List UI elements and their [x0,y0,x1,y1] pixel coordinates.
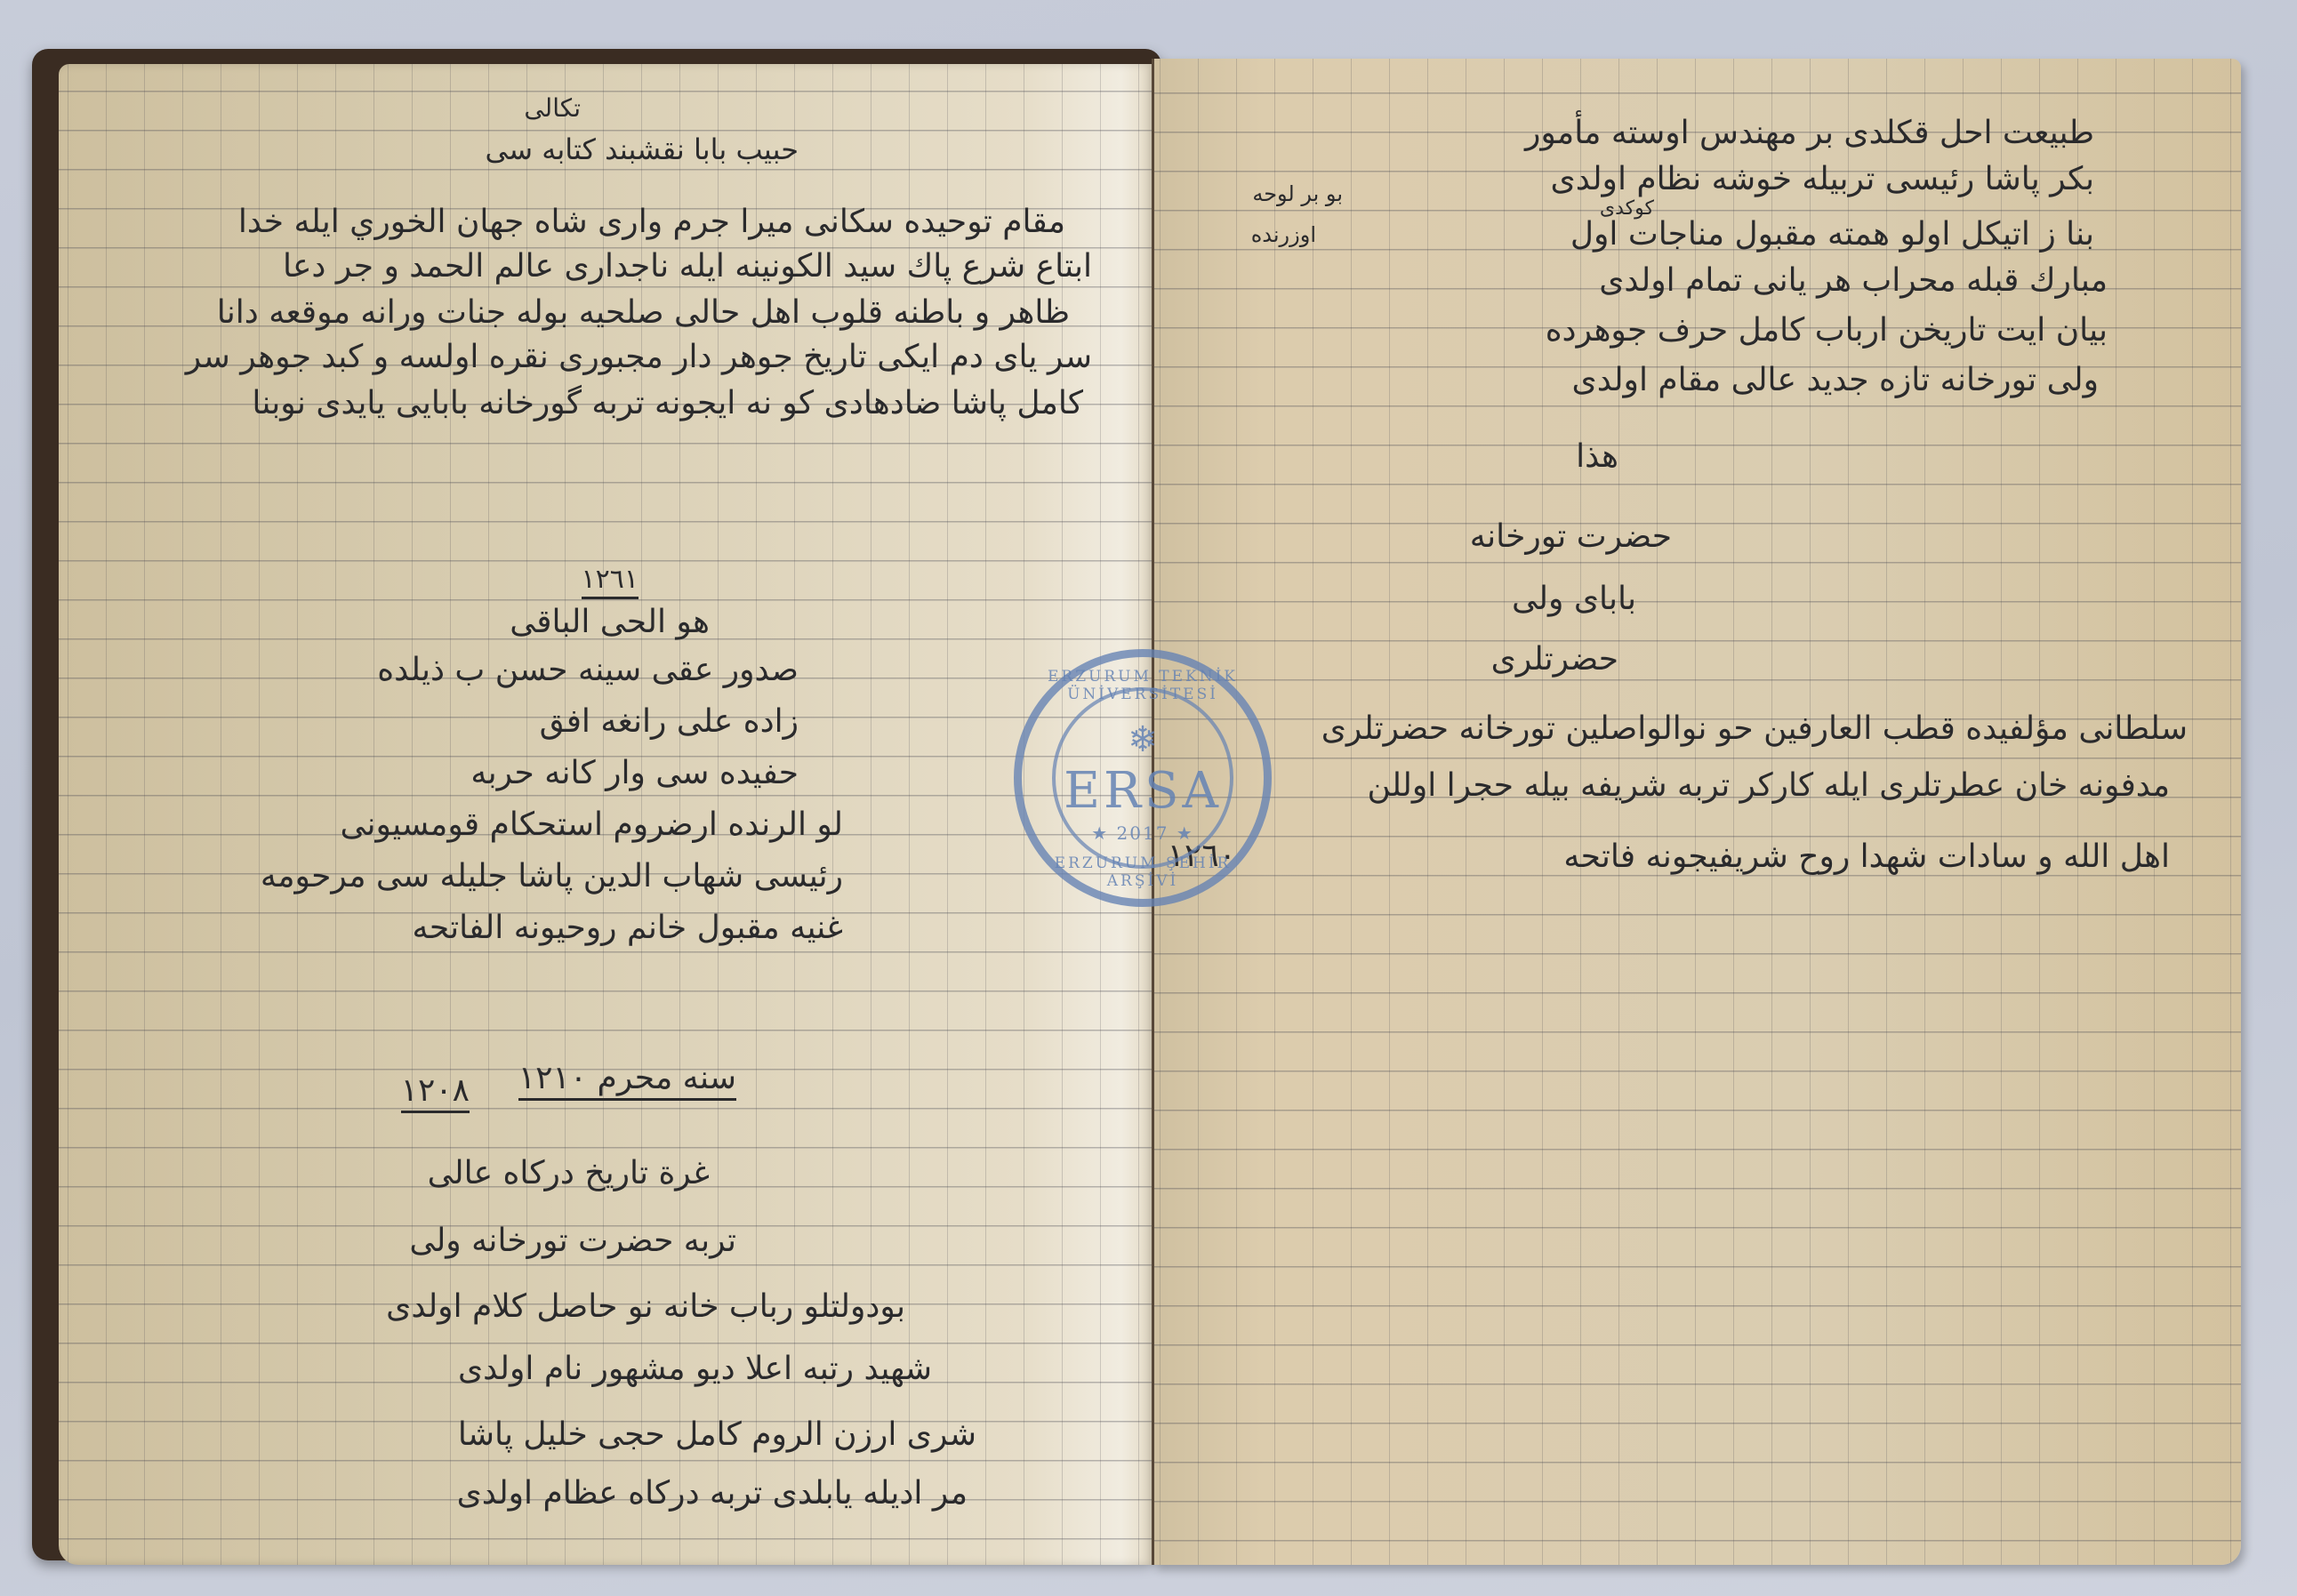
text-line: ظاهر و باطنه قلوب اهل حالى صلحيه بوله جن… [217,297,1070,329]
stamp-year: ★ 2017 ★ [1022,822,1264,844]
text-line: بنا ز اتيكل اولو همته مقبول مناجات اول [1570,219,2094,251]
text-line: سر ياى دم ايكى تاريخ جوهر دار مجبورى نقر… [186,341,1092,373]
poem-line: شهيد رتبه اعلا ديو مشهور نام اولدى [458,1353,932,1385]
year-mark: ١٢٠٨ [401,1072,470,1113]
page-heading: حبيب بابا نقشبند كتابه سى [486,135,799,164]
text-line: بيان ايت تاريخن ارباب كامل حرف جوهرده [1546,315,2108,347]
poem-line: بودولتلو رباب خانه نو حاصل كلام اولدى [386,1291,905,1323]
verse-title: هو الحى الباقى [510,606,710,638]
poem-line: شرى ارزن الروم كامل حجى خليل پاشا [458,1419,976,1451]
text-line: طبيعت احل قكلدى بر مهندس اوسته مأمور [1525,117,2094,149]
stamp-top-text: ERZURUM TEKNİK ÜNİVERSİTESİ [1022,668,1264,703]
text-line: ابتاع شرع پاك سيد الكونينه ايله ناجدارى … [283,251,1092,283]
text-line: سلطانى مؤلفيده قطب العارفين حو نوالواصلي… [1321,713,2188,745]
left-page: تكالى حبيب بابا نقشبند كتابه سى مقام توح… [59,64,1154,1565]
verse-line: صدور عقى سينه حسن ب ذيلده [377,654,799,686]
verse-line: غنيه مقبول خانم روحيونه الفاتحه [413,912,843,944]
margin-note: بو بر لوحه [1252,183,1343,205]
name-line: حضرت تورخانه [1470,521,1672,553]
margin-note: اوزرنده [1251,224,1316,245]
verse-line: لو الرنده ارضروم استحكام قومسيونى [340,809,843,841]
text-line: ولى تورخانه تازه جديد عالى مقام اولدى [1572,365,2099,397]
text-line: مبارك قبله محراب هر يانى تمام اولدى [1599,265,2108,297]
hadha-label: هذا [1576,441,1618,473]
right-page-text: طبيعت احل قكلدى بر مهندس اوسته مأمور بكر… [1154,59,2241,1565]
snowflake-icon: ❄ [1022,719,1264,760]
heading-insert: تكالى [524,96,581,121]
archive-stamp: ERZURUM TEKNİK ÜNİVERSİTESİ ❄ ERSA ★ 201… [1014,649,1272,907]
verse-line: حفيده سى وار كانه حربه [470,758,799,790]
text-line: اهل الله و سادات شهدا روح شريفيجونه فاتح… [1563,841,2170,873]
verse-line: زاده على رانغه افق [540,706,799,738]
text-line: بكر پاشا رئيسى تربيله خوشه نظام اولدى [1551,164,2094,196]
name-line: باباى ولى [1512,583,1636,615]
poem-line: مر اديله يابلدى تربه دركاه عظام اولدى [457,1478,968,1510]
stamp-main-text: ERSA [1022,762,1264,820]
stamp-bottom-text: ERZURUM ŞEHİR ARŞİVİ [1022,854,1264,890]
text-line: مقام توحيده سكانى ميرا جرم وارى شاه جهان… [238,206,1065,238]
text-line: كامل پاشا ضادهادى كو نه ايجونه تربه گورخ… [252,388,1083,420]
name-line: حضرتلرى [1491,644,1618,676]
left-page-text: تكالى حبيب بابا نقشبند كتابه سى مقام توح… [59,64,1154,1565]
poem-line: غرة تاريخ دركاه عالى [428,1158,710,1190]
hijri-date: سنه محرم ١٢١٠ [518,1060,736,1101]
text-line: مدفونه خان عطرتلرى ايله كاركر تربه شريفه… [1368,770,2170,802]
poem-line: تربه حضرت تورخانه ولى [409,1225,736,1257]
year-mark: ١٢٦١ [582,564,639,599]
right-page: طبيعت احل قكلدى بر مهندس اوسته مأمور بكر… [1154,59,2241,1565]
verse-line: رئيسى شهاب الدين پاشا جليله سى مرحومه [261,861,843,893]
